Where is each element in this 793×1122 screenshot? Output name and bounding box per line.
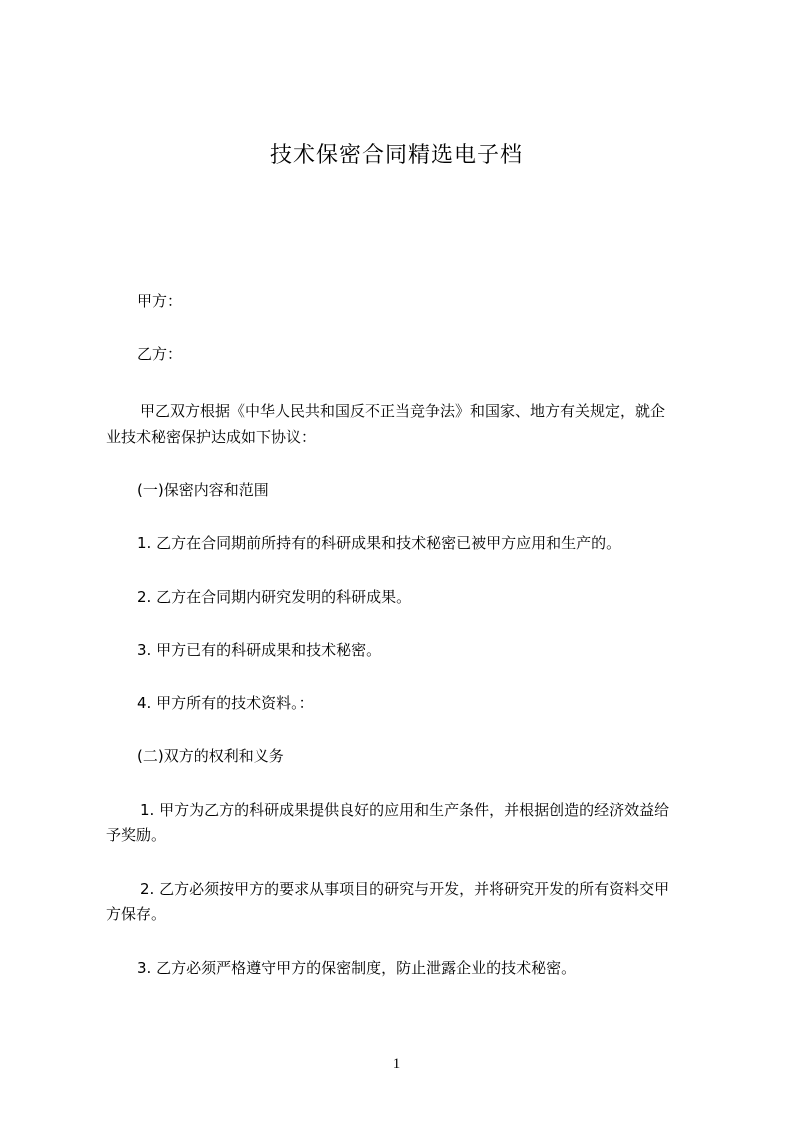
section1-heading: (一)保密内容和范围 xyxy=(137,475,737,505)
section2-item-3: 3. 乙方必须严格遵守甲方的保密制度，防止泄露企业的技术秘密。 xyxy=(137,953,737,983)
party-a-label: 甲方： xyxy=(137,286,737,316)
section1-item-1: 1. 乙方在合同期前所持有的科研成果和技术秘密已被甲方应用和生产的。 xyxy=(137,528,737,558)
section2-item-1-line2: 予奖励。 xyxy=(106,820,706,850)
page-number: 1 xyxy=(0,1056,793,1073)
document-page: 技术保密合同精选电子档 甲方： 乙方： 甲乙双方根据《中华人民共和国反不正当竞争… xyxy=(0,0,793,1122)
section2-item-2-line2: 方保存。 xyxy=(106,899,706,929)
intro-paragraph-line2: 业技术秘密保护达成如下协议： xyxy=(106,422,706,452)
section1-item-3: 3. 甲方已有的科研成果和技术秘密。 xyxy=(137,635,737,665)
party-b-label: 乙方： xyxy=(137,339,737,369)
section1-item-4: 4. 甲方所有的技术资料。： xyxy=(137,688,737,718)
section1-item-2: 2. 乙方在合同期内研究发明的科研成果。 xyxy=(137,582,737,612)
section2-heading: (二)双方的权利和义务 xyxy=(137,741,737,771)
document-title: 技术保密合同精选电子档 xyxy=(0,140,793,172)
